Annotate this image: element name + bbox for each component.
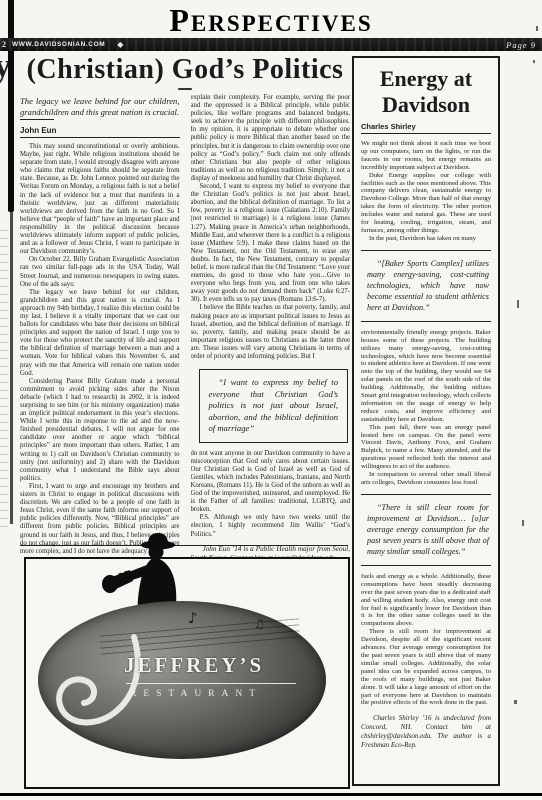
body-paragraph: Second, I want to express my belief to e… [191,183,351,304]
pull-quote-box: “[Baker Sports Complex] utilizes many en… [361,250,491,322]
body-paragraph: There is still room for improvement at D… [361,628,491,707]
byline-rule [361,133,491,134]
scan-speck [514,700,517,704]
music-note-icon: ♪ [188,609,198,627]
pull-quote-box: “There is still clear room for improveme… [361,494,491,566]
article-christian-gods-politics: (Christian) God’s Politics The legacy we… [20,54,350,564]
adjacent-page-number: 2 [2,40,6,49]
article-energy-at-davidson: Energy at Davidson Charles Shirley We mi… [352,56,500,786]
site-url: WWW.DAVIDSONIAN.COM [12,41,105,48]
newspaper-page: y Perspectives 2 WWW.DAVIDSONIAN.COM ◆ P… [0,0,542,800]
article-column-1: The legacy we leave behind for our child… [20,94,180,564]
article-headline: Energy at Davidson [361,66,491,118]
page-bottom-rule [0,793,542,796]
diamond-icon: ◆ [117,40,123,49]
body-paragraph: fuels and energy as a whole. Additionall… [361,573,491,628]
article-headline: (Christian) God’s Politics [20,54,350,86]
section-masthead: Perspectives [0,2,542,39]
author-attribution: Charles Shirley ’16 is undeclared from C… [361,714,491,750]
body-paragraph: Duke Energy supplies our college with fa… [361,172,491,235]
pull-quote-text: “There is still clear room for improveme… [367,502,489,557]
scan-speck [533,60,535,63]
article-column-2: explain their complexity. For example, s… [191,94,351,564]
adjacent-page-text-noise [0,230,8,530]
body-paragraph: I believe the Bible teaches us that pove… [191,304,351,361]
epigraph-rule [20,119,54,120]
adjacent-page-letter-fragment: y [0,48,8,86]
article-epigraph: The legacy we leave behind for our child… [20,96,180,118]
pull-quote-text: “[Baker Sports Complex] utilizes many en… [367,258,489,313]
ad-restaurant-subtitle: Restaurant [130,689,262,699]
headline-ornament [178,88,192,90]
article-byline: Charles Shirley [361,122,491,131]
body-paragraph: We might not think about it each time we… [361,140,491,172]
scan-speck [522,520,524,526]
scan-speck [517,300,519,308]
byline-rule [20,137,180,138]
article-byline: John Eun [20,126,180,135]
pull-quote-text: “I want to express my belief to everyone… [209,377,339,435]
jeffreys-restaurant-ad: ♪ ♫ Jeffrey’s Restaurant [24,557,350,789]
header-bar: 2 WWW.DAVIDSONIAN.COM ◆ Page 9 [0,38,542,51]
body-paragraph: do not want anyone in our Davidson commu… [191,450,351,515]
body-paragraph: This past fall, there was an energy pane… [361,424,491,471]
body-paragraph: The legacy we leave behind for our child… [20,289,180,378]
body-paragraph: This may sound unconstitutional or overl… [20,143,180,256]
music-note-icon: ♫ [254,617,265,631]
ad-name-underline [126,683,296,684]
ad-restaurant-name: Jeffrey’s [124,653,264,678]
body-paragraph: In the past, Davidson has taken on many [361,235,491,243]
ad-logo-ellipse: ♪ ♫ Jeffrey’s Restaurant [38,601,326,759]
body-paragraph: Considering Pastor Billy Graham made a p… [20,378,180,483]
page-number: Page 9 [506,40,536,50]
pull-quote-box: “I want to express my belief to everyone… [199,369,349,443]
body-paragraph: On October 22, Billy Graham Evangelistic… [20,256,180,288]
body-paragraph: In comparison to several other small lib… [361,471,491,487]
body-paragraph: environmentally friendly energy projects… [361,329,491,424]
section-title: Perspectives [169,2,372,39]
scan-spine-line-lower [10,212,13,524]
body-paragraph: explain their complexity. For example, s… [191,94,351,183]
